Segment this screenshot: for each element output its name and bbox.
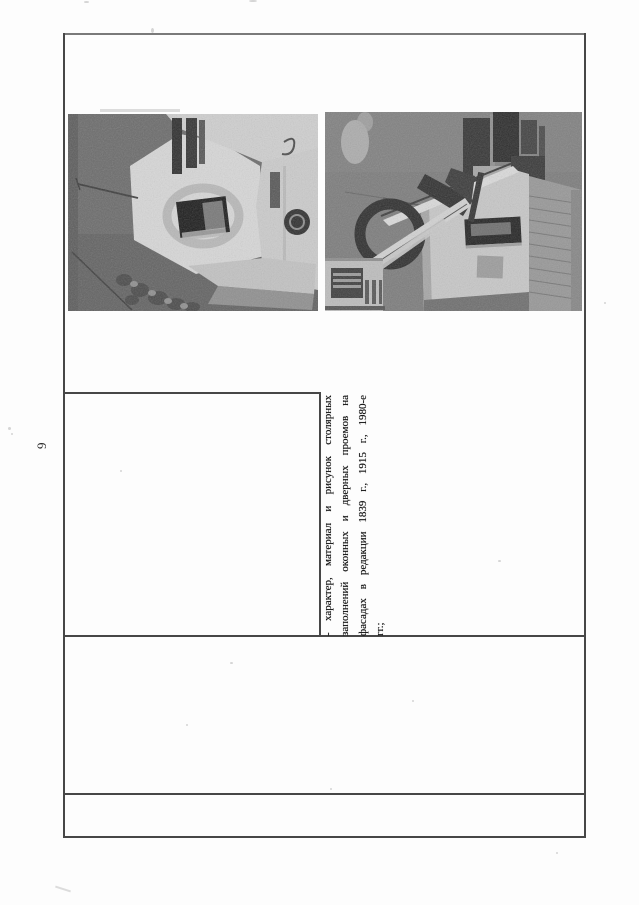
table-divider-3 bbox=[63, 793, 586, 795]
description-line: фасадах в редакции 1839 г., 1915 г., 198… bbox=[355, 395, 372, 636]
table-divider-row bbox=[63, 392, 320, 394]
scan-speck bbox=[412, 700, 414, 702]
description-line: гг.; bbox=[372, 395, 389, 636]
page-number: 9 bbox=[34, 435, 50, 449]
photo-illustration bbox=[68, 114, 318, 311]
description-text-cell: - характер, материал и рисунок столярных… bbox=[320, 395, 390, 636]
scan-speck bbox=[604, 302, 606, 304]
photo-illustration bbox=[325, 112, 582, 311]
scan-speck bbox=[11, 433, 13, 435]
table-border-top bbox=[63, 33, 585, 35]
scan-speck bbox=[330, 788, 332, 790]
scan-speck bbox=[230, 662, 233, 664]
scan-speck bbox=[249, 0, 257, 2]
street-facade-photo bbox=[325, 112, 582, 311]
table-border-bottom bbox=[63, 836, 586, 838]
scanned-document-page: 9 bbox=[0, 0, 639, 905]
scan-speck bbox=[84, 1, 89, 3]
scan-speck bbox=[120, 470, 122, 472]
scan-speck bbox=[186, 724, 188, 726]
table-border-left bbox=[63, 33, 65, 838]
scan-smudge bbox=[55, 886, 71, 893]
description-line: заполнений оконных и дверных проемов на bbox=[337, 395, 354, 636]
white-chapel-fragment-photo bbox=[68, 114, 318, 311]
scan-smudge bbox=[100, 109, 180, 112]
description-line: - характер, материал и рисунок столярных bbox=[320, 395, 337, 636]
scan-speck bbox=[498, 560, 501, 562]
scan-speck bbox=[151, 28, 154, 33]
table-border-right bbox=[584, 33, 586, 838]
scan-speck bbox=[556, 852, 558, 854]
scan-speck bbox=[8, 427, 11, 430]
